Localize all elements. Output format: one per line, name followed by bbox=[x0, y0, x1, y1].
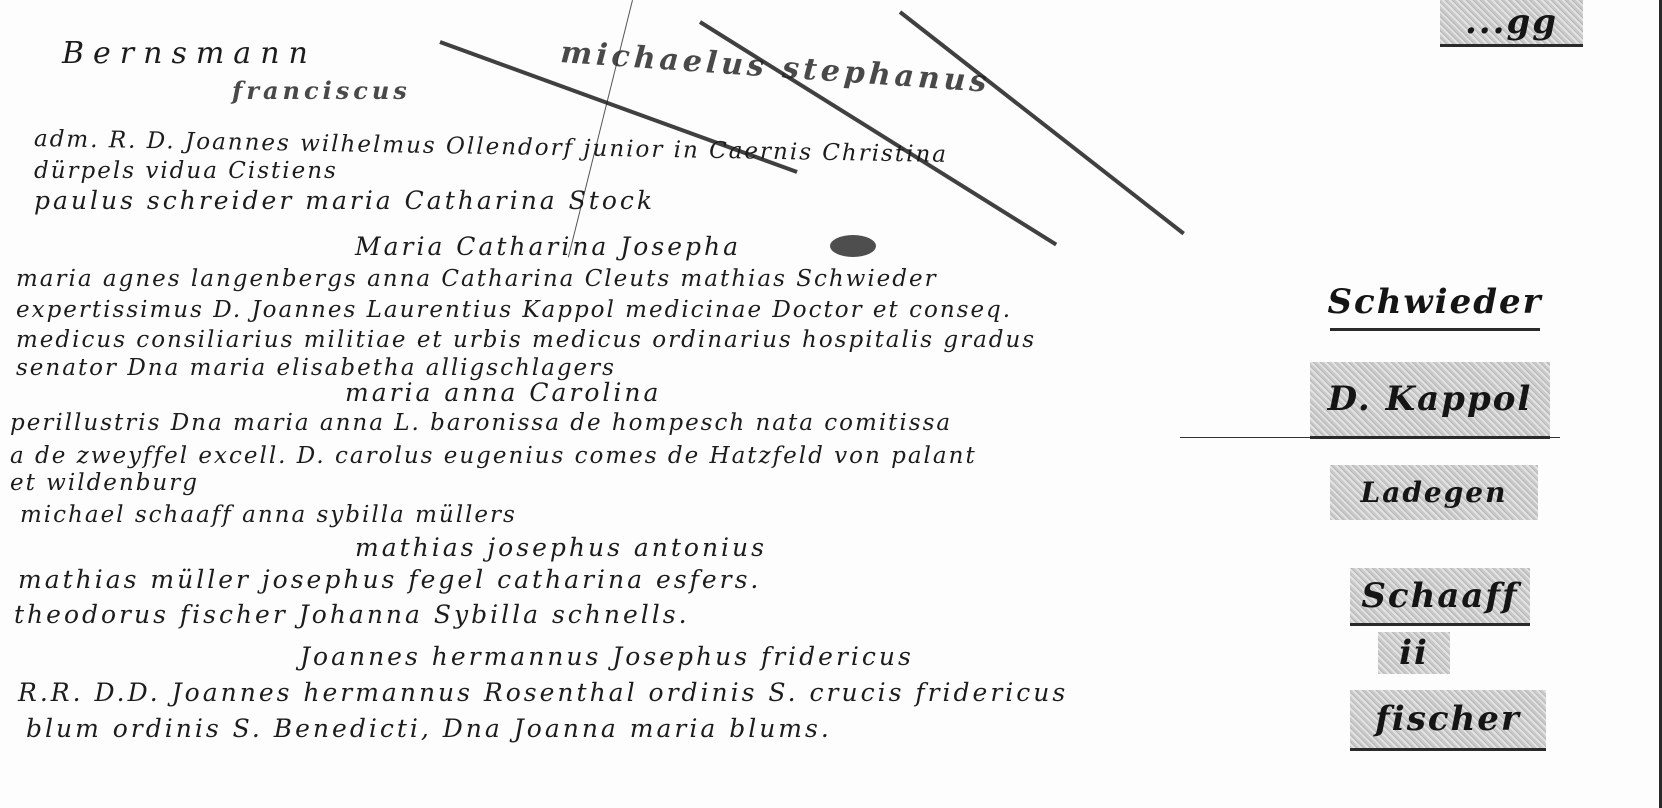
margin-signature: ii bbox=[1378, 632, 1450, 674]
entry-line: blum ordinis S. Benedicti, Dna Joanna ma… bbox=[26, 714, 832, 743]
margin-signature: Schwieder bbox=[1330, 276, 1540, 331]
margin-signature: Ladegen bbox=[1330, 465, 1538, 520]
entry-line: michael schaaff anna sybilla müllers bbox=[20, 502, 517, 528]
margin-signature: ...gg bbox=[1440, 0, 1583, 47]
register-page: Bernsmann franciscus michaelus stephanus… bbox=[0, 0, 1662, 808]
ink-blot bbox=[830, 235, 876, 257]
entry-line: R.R. D.D. Joannes hermannus Rosenthal or… bbox=[18, 678, 1068, 707]
entry-line: dürpels vidua Cistiens bbox=[34, 158, 338, 184]
margin-signature: Schaaff bbox=[1350, 568, 1530, 626]
margin-signature: fischer bbox=[1350, 690, 1546, 751]
child-name: Joannes hermannus Josephus fridericus bbox=[300, 642, 914, 671]
entry-line: theodorus fischer Johanna Sybilla schnel… bbox=[14, 600, 690, 629]
child-name: mathias josephus antonius bbox=[355, 533, 767, 562]
entry-line: mathias müller josephus fegel catharina … bbox=[18, 565, 761, 594]
entry-line: medicus consiliarius militiae et urbis m… bbox=[16, 327, 1036, 353]
entry-line: paulus schreider maria Catharina Stock bbox=[34, 186, 655, 215]
entry-line: a de zweyffel excell. D. carolus eugeniu… bbox=[10, 443, 977, 469]
strike-stroke bbox=[699, 20, 1057, 246]
child-name: Maria Catharina Josepha bbox=[355, 232, 741, 261]
entry-line: et wildenburg bbox=[10, 470, 199, 496]
entry-line: perillustris Dna maria anna L. baronissa… bbox=[10, 410, 952, 436]
child-name: maria anna Carolina bbox=[345, 378, 661, 407]
entry-line: maria agnes langenbergs anna Catharina C… bbox=[16, 266, 938, 292]
entry-line: expertissimus D. Joannes Laurentius Kapp… bbox=[16, 297, 1012, 323]
margin-signature: D. Kappol bbox=[1310, 362, 1550, 439]
strike-stroke bbox=[899, 10, 1185, 235]
surname-heading: Bernsmann bbox=[62, 36, 317, 71]
crossed-out-name: franciscus bbox=[232, 76, 411, 105]
